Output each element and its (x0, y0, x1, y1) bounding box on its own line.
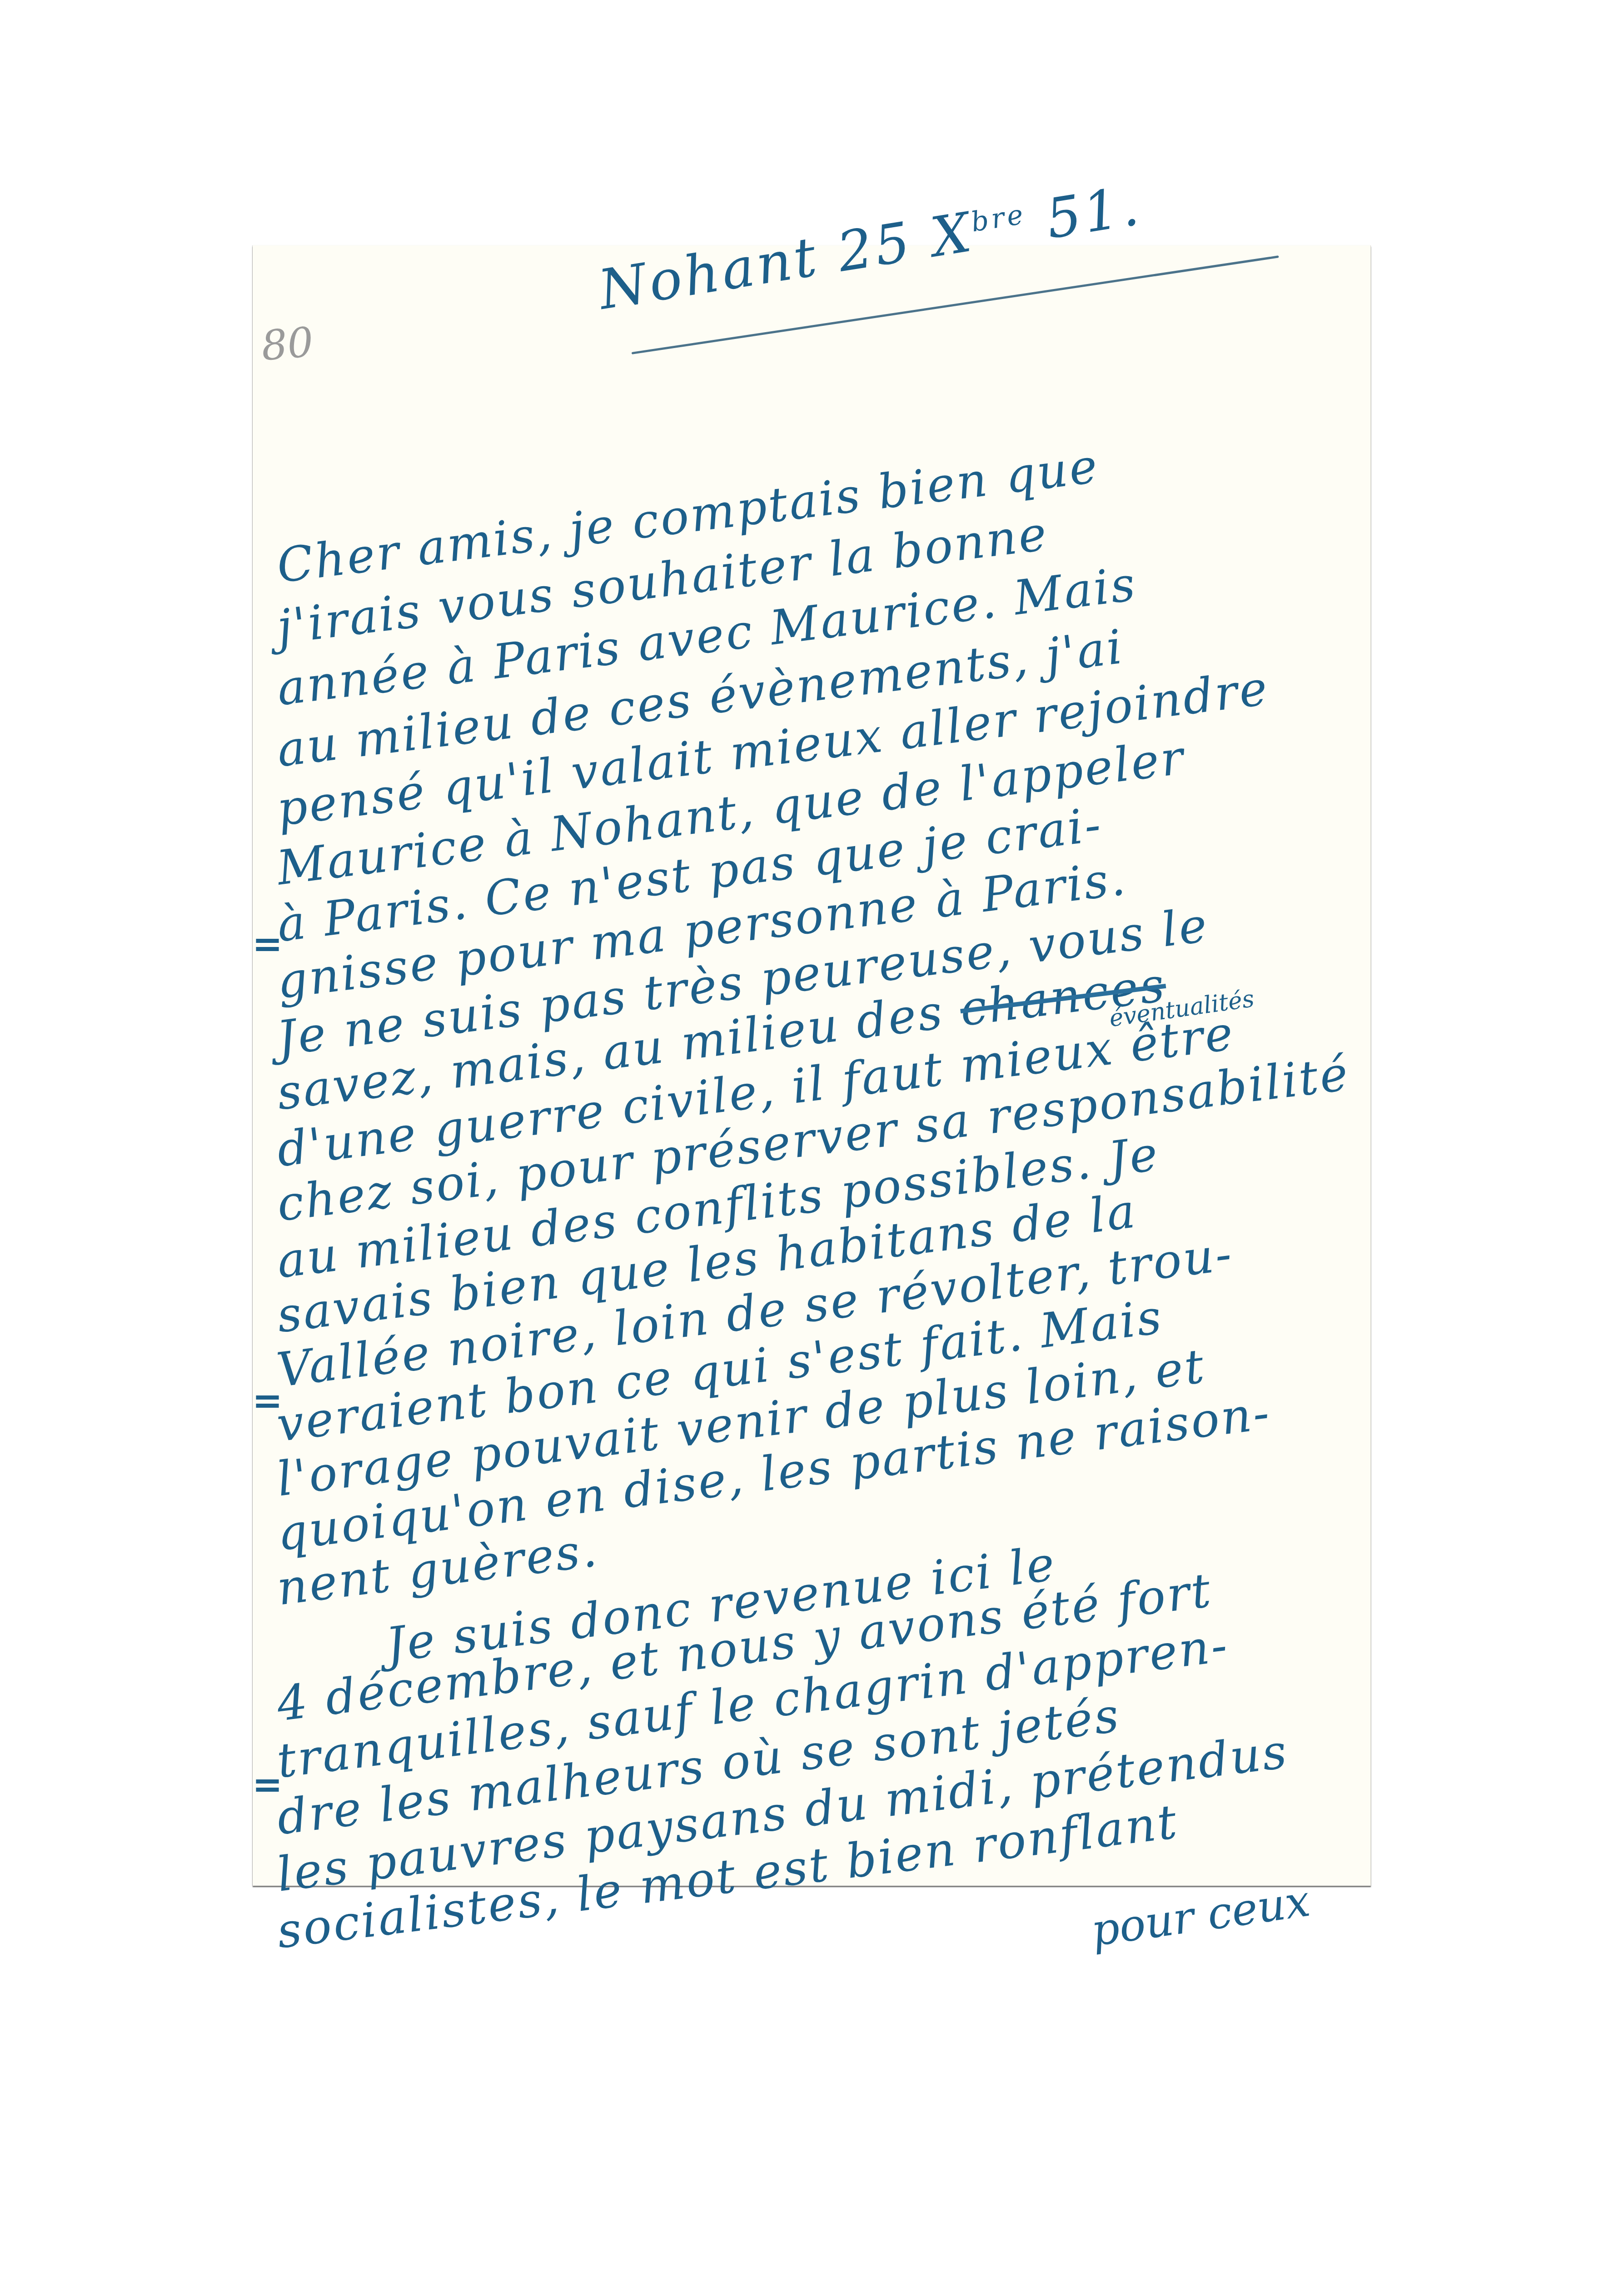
dateline-day: 25 (833, 210, 917, 284)
catchword: pour ceux (1088, 1875, 1313, 1956)
margin-equals-mark: = (252, 1379, 283, 1422)
archive-pencil-mark: 80 (259, 318, 315, 370)
margin-equals-mark: = (252, 922, 283, 965)
dateline-month-suffix: bre (969, 199, 1028, 239)
margin-equals-mark: = (252, 1763, 283, 1806)
dateline-year: 51. (1042, 174, 1146, 251)
